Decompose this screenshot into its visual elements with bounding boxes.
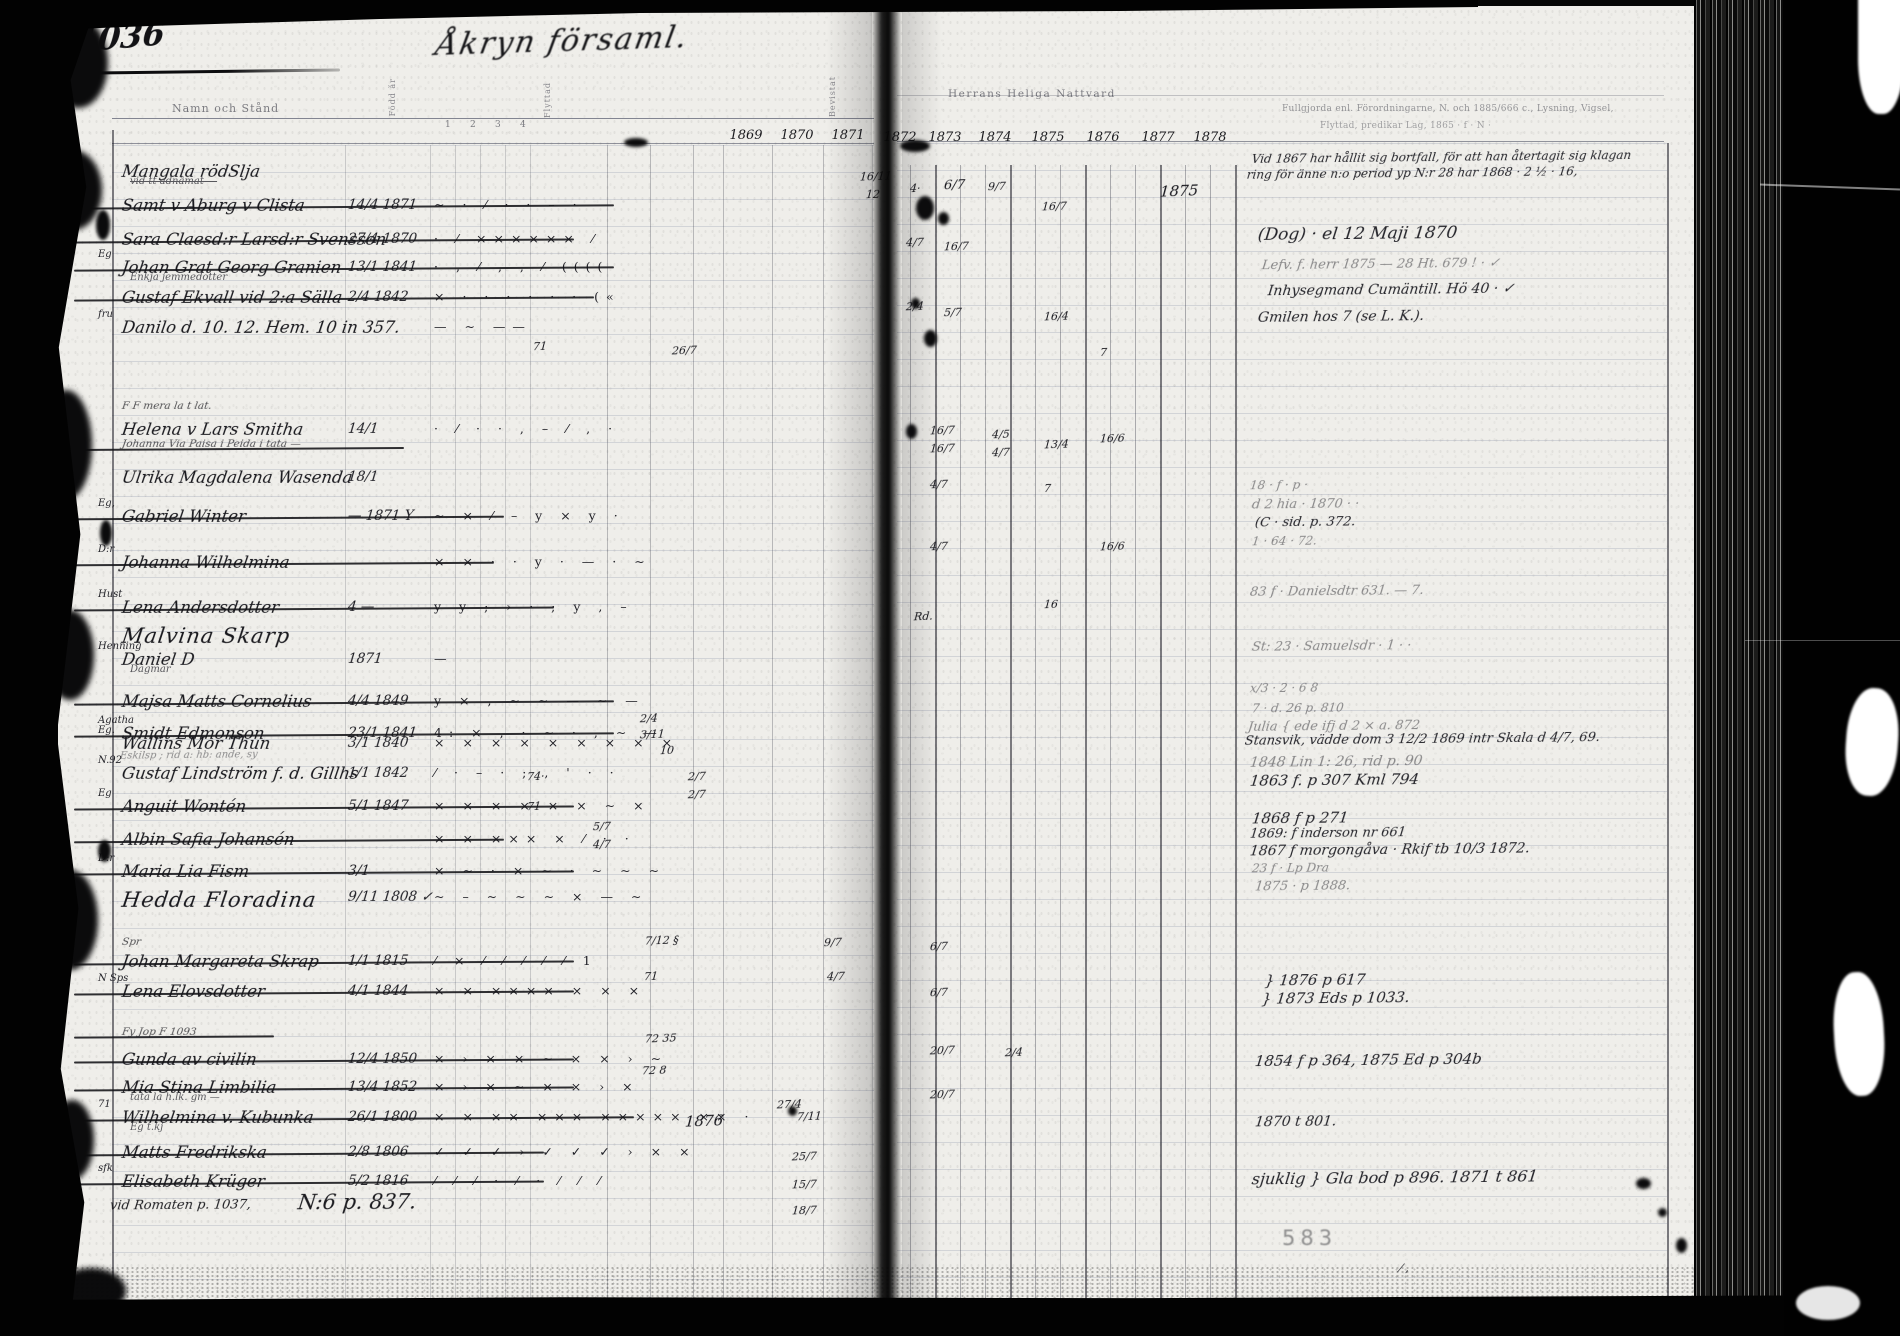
entry-name: Malvina Skarp [120, 624, 292, 648]
gutter-shadow-right [902, 0, 942, 1336]
scan-artifact-blob-mid [1842, 686, 1900, 797]
row-label: Eg [98, 788, 112, 799]
margin-annotation: Lefv. f. herr 1875 — 28 Ht. 679 ! · ✓ [1261, 256, 1501, 273]
cell-mark: 26/7 [672, 344, 698, 358]
entry-marks: · ⁄ · · , – ⁄ , · [434, 421, 619, 436]
entry-name: Spr [121, 936, 142, 948]
entry-marks: ∼ – ∼ ∼ ∼ × — ∼ [434, 889, 648, 904]
ledger-row: HenningDaniel D1871—Dagmar [112, 650, 892, 676]
cell-mark: 9/7 [988, 180, 1007, 194]
margin-annotation: 1 · 64 · 72. [1251, 534, 1318, 549]
ledger-row: Malvina Skarp [112, 624, 892, 650]
ledger-row: N SpsLena Elovsdotter4/1 1844× × ×××× × … [112, 982, 892, 1008]
cell-mark: 16/7 [944, 240, 970, 254]
cell-mark: 10 [660, 744, 675, 757]
margin-annotation: x/3 · 2 · 6 8 [1249, 681, 1319, 696]
margin-annotation: St: 23 · Samuelsdr · 1 · · [1251, 638, 1412, 655]
ledger-row: fruDanilo d. 10. 12. Hem. 10 in 357.— ∼ … [112, 318, 892, 344]
margin-annotation: 1869: f inderson nr 661 [1249, 825, 1407, 842]
right-column-line [1110, 165, 1111, 1300]
subcolumn-number: 2 [470, 120, 477, 130]
margin-annotation: (Dog) · el 12 Maji 1870 [1257, 223, 1459, 245]
year-label: 1875 [1031, 130, 1064, 145]
entry-subnote: Dagmar [130, 664, 171, 675]
cell-mark: 16/7 [1042, 200, 1068, 214]
cell-mark: 4/7 [593, 838, 612, 852]
ink-blot [98, 840, 111, 862]
year-label: 1869 [729, 128, 762, 143]
row-label: 71 [98, 1099, 111, 1110]
cell-mark: 16/6 [1100, 432, 1126, 446]
scanner-black-right [1783, 0, 1900, 1336]
margin-annotation: 1854 f p 364, 1875 Ed p 304b [1254, 1050, 1483, 1070]
ledger-row: sfkElisabeth Krüger5/2 1816⁄ ⁄ ⁄ · ⁄ · ⁄… [112, 1172, 892, 1198]
cell-mark: 71 [527, 800, 542, 813]
gutter-shadow-left [826, 0, 872, 1336]
margin-annotation: 83 f · Danielsdtr 631. — 7. [1249, 583, 1425, 600]
ledger-row: Mia Stina Limbilia13/4 1852× › × ∼ × × ›… [112, 1078, 892, 1104]
cell-mark: 16/4 [1044, 310, 1070, 324]
right-column-line [1135, 165, 1136, 1300]
ledger-row: Gustaf Ekvall vid 2:a Sälla2/4 1842× · ·… [112, 288, 892, 314]
entry-name: Anguit Wontén [121, 797, 248, 816]
cell-mark: 2/7 [688, 788, 707, 802]
margin-annotation: 1848 Lin 1: 26, rid p. 90 [1249, 753, 1423, 771]
cell-mark: 5/7 [593, 820, 612, 834]
ledger-row: Gunda av civilin12/4 1850× › × × ∼ × × ›… [112, 1050, 892, 1076]
margin-annotation: 18 · f · p · [1249, 478, 1309, 493]
cell-mark: 72 35 [644, 1031, 677, 1045]
margin-annotation: 1875 · p 1888. [1254, 879, 1351, 895]
scan-artifact-blob-top [1858, 0, 1900, 114]
cell-mark: 16/6 [1100, 540, 1126, 554]
entry-birthdate: 14/1 [347, 421, 379, 437]
ink-blot [1636, 1178, 1651, 1189]
year-label: 1878 [1193, 130, 1226, 145]
ledger-row: Johanna Via Paisa i Peida i tata — [112, 438, 892, 464]
margin-annotation: Gmilen hos 7 (se L. K.). [1257, 308, 1425, 326]
ledger-row: Sara Claesd:r Larsd:r Svensson27/4 1870·… [112, 230, 892, 256]
ledger-row: D:rJohanna Wilhelmina× × · · y · — · ∼ [112, 553, 892, 579]
ledger-row: Eg,Gabriel Winter— 1871 Y∼ × ⁄ – y × y · [112, 507, 892, 533]
cell-mark: 6/7 [943, 178, 965, 194]
entry-subnote: tata la h.lk. gm — [130, 1092, 220, 1103]
ledger-row: 71Wilhelmina v. Kubunka26/1 1800× × ×× ×… [112, 1108, 892, 1134]
entry-name: Ulrika Magdalena Wasenda [121, 468, 354, 487]
margin-annotation: d 2 hia · 1870 · · [1251, 496, 1360, 512]
scan-artifact-blob-lower [1831, 971, 1887, 1097]
margin-annotation: 1870 t 801. [1254, 1114, 1337, 1131]
margin-annotation: Eskilsp ; rid a: hb: ande, sy [119, 749, 258, 761]
row-label: Eg. [98, 725, 115, 736]
left-header-line [112, 118, 874, 119]
margin-annotation: } 1876 p 617 [1264, 970, 1366, 989]
cell-mark: 3/11 [640, 728, 666, 742]
cell-mark: 15/7 [792, 1178, 818, 1192]
entry-name: Danilo d. 10. 12. Hem. 10 in 357. [121, 318, 402, 337]
ink-blot [1676, 1238, 1687, 1253]
year-label: 1876 [1086, 130, 1119, 145]
ledger-row: D:rMaria Lia Fism3/1× ∼ · × ∼ · ∼ ∼ ∼ [112, 862, 892, 888]
ledger-row: Matts Fredrikska2/8 1806✓ ✓ ✓ › ✓ ✓ ✓ › … [112, 1143, 892, 1169]
right-header-line [897, 141, 1664, 142]
cell-mark: 13/4 [1044, 438, 1070, 452]
subcolumn-number: 1 [445, 120, 452, 130]
ledger-row: Hedda Floradina9/11 1808 ✓∼ – ∼ ∼ ∼ × — … [112, 888, 892, 914]
strike-through-line [74, 1035, 274, 1038]
ledger-row: Majsa Matts Cornelius4/4 1849y × , ∼ ∼ —… [112, 692, 892, 718]
right-column-line [1085, 165, 1087, 1300]
entry-marks: — ∼ —— [434, 319, 532, 334]
row-label: Eg, [98, 498, 115, 509]
entry-name: Helena v Lars Smitha [121, 420, 305, 439]
cell-mark: 71 [644, 970, 659, 983]
book-gutter [871, 0, 902, 1336]
vertical-column-label-moved: Flyttad [543, 82, 552, 118]
cell-mark: 25/7 [792, 1150, 818, 1164]
entry-birthdate: 3/1 1840 [347, 735, 409, 751]
row-label: sfk [98, 1163, 113, 1174]
entry-subnote: Eg t.kj [130, 1122, 163, 1133]
ink-blot [1658, 1208, 1667, 1217]
cell-mark: 2/4 [1005, 1046, 1024, 1060]
ledger-row: Mangala rödSljavid tt adnämat — [112, 162, 892, 188]
cell-mark: 74· [527, 770, 545, 784]
cell-mark: 2/7 [688, 770, 707, 784]
cell-mark: 16 [1044, 598, 1059, 611]
ledger-row: N.92Gustaf Lindström f. d. Gillhs1/1 184… [112, 764, 892, 790]
ledger-row: EgJohan Grat Georg Granien13/1 1841· , ⁄… [112, 258, 892, 284]
cell-mark: 18/7 [792, 1204, 818, 1218]
cell-mark: 1876 [684, 1111, 724, 1130]
entry-name: Maria Lia Fism [121, 862, 251, 881]
year-label: 1870 [780, 128, 813, 143]
left-header-line-2 [112, 143, 874, 144]
right-column-line [1185, 165, 1186, 1300]
fine-print-line-1: Fullgjorda enl. Förordningarne, N. och 1… [1282, 104, 1614, 114]
cell-mark: 7 [1100, 346, 1108, 359]
right-column-line [1060, 165, 1061, 1300]
cell-mark: 7/11 [797, 1110, 823, 1124]
entry-name: Gunda av civilin [121, 1050, 258, 1069]
margin-annotation: 1867 f morgongåva · Rkif tb 10/3 1872. [1249, 841, 1531, 860]
ledger-row: Fy Jop F 1093 [112, 1026, 892, 1052]
entry-subnote: Enkja jemmedotter [130, 272, 227, 283]
ledger-row: Ulrika Magdalena Wasenda18/1 [112, 468, 892, 494]
entry-name: F F mera la t lat. [121, 400, 212, 412]
right-column-line [960, 165, 961, 1300]
margin-annotation: 23 f · Lp Dra [1251, 861, 1330, 876]
right-column-line [985, 165, 986, 1300]
margin-annotation: sjuklig } Gla bod p 896. 1871 t 861 [1251, 1167, 1539, 1189]
right-page-edge-line [1667, 143, 1669, 1300]
row-label: Hust [98, 589, 122, 600]
scanned-ledger-page: 1036 Åkryn församl. Namn och Stånd Herra… [0, 0, 1900, 1336]
scan-artifact-blob-bottom [1796, 1286, 1860, 1320]
cell-mark: 72 8 [642, 1064, 667, 1078]
year-label: 1877 [1141, 130, 1174, 145]
fine-print-line-2: Flyttad, predikar Lag, 1865 · f · N · [1320, 121, 1491, 131]
subcolumn-number: 3 [495, 120, 502, 130]
entry-birthdate: 9/11 1808 ✓ [347, 889, 433, 905]
margin-annotation: 1868 f p 271 [1251, 808, 1349, 827]
entry-subnote: vid tt adnämat — [130, 176, 217, 187]
ink-blot [624, 138, 648, 147]
vertical-column-label-birthyear: Född år [388, 78, 397, 116]
subcolumn-number: 4 [520, 120, 527, 130]
cell-mark: 1875 [1159, 181, 1199, 200]
communion-header: Herrans Heliga Nattvard [948, 88, 1116, 100]
cell-mark: 71 [533, 340, 548, 353]
ledger-row: Johan Margareta Skrap1/1 1815⁄ × ⁄ ⁄ ⁄ ⁄… [112, 952, 892, 978]
cell-mark: 7/12 § [644, 933, 679, 947]
right-column-line [1210, 165, 1211, 1300]
entry-marks: — [434, 651, 454, 666]
page-edge-streaks [1694, 0, 1786, 1336]
cell-mark: 2/4 [640, 712, 659, 726]
entry-birthdate: 1871 [347, 651, 383, 667]
entry-name: Hedda Floradina [120, 888, 318, 912]
entry-name: Gustaf Lindström f. d. Gillhs [121, 764, 360, 783]
margin-annotation: 7 · d. 26 p. 810 [1251, 701, 1344, 716]
bottom-note-left: vid Romaten p. 1037, [109, 1198, 252, 1214]
page-number-stamp: 583 [1282, 1226, 1337, 1250]
row-label: fru [98, 309, 113, 320]
cell-mark: 4/7 [992, 446, 1011, 460]
margin-annotation: } 1873 Eds p 1033. [1261, 988, 1411, 1008]
scratch-line-2 [1745, 640, 1900, 641]
right-column-line [1160, 165, 1162, 1300]
ledger-row: Samt v Aburg v Clista14/4 1871∼ · ⁄ · · … [112, 196, 892, 222]
margin-annotation: Inhysegmand Cumäntill. Hö 40 · ✓ [1267, 281, 1515, 300]
year-label: 1874 [978, 130, 1011, 145]
row-label: Eg [98, 249, 112, 260]
entry-birthdate: 1/1 1842 [347, 765, 409, 781]
right-column-line [1010, 165, 1012, 1300]
right-column-line [1035, 165, 1036, 1300]
cell-mark: 4/5 [992, 428, 1011, 442]
entry-birthdate: 18/1 [347, 469, 379, 485]
cell-mark: 5/7 [944, 306, 963, 320]
ink-blot [96, 210, 110, 240]
right-column-line [1235, 165, 1237, 1300]
margin-annotation: (C · sid. p. 372. [1254, 514, 1356, 530]
ledger-row: HustLena Andersdotter4 —y y ; › · ; y , … [112, 598, 892, 624]
margin-annotation: 1863 f. p 307 Kml 794 [1249, 770, 1420, 790]
ink-blot [788, 1106, 797, 1116]
name-column-header: Namn och Stånd [172, 102, 279, 115]
ledger-row: Albin Safia Johansén× × ××× × ⁄ · · [112, 830, 892, 856]
ledger-row: EgAnguit Wontén5/1 1847× × × × × × ∼ × [112, 797, 892, 823]
ink-blot [100, 520, 112, 546]
cell-mark: 7 [1044, 482, 1052, 495]
bottom-note-right: N:6 p. 837. [297, 1190, 418, 1215]
